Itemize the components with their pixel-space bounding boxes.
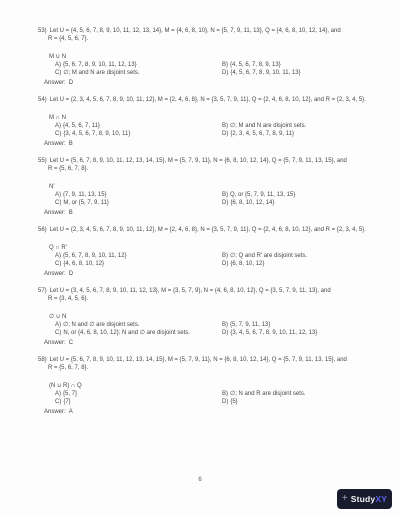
answer-line: Answer:C: [44, 339, 392, 347]
option-a-text: {4, 5, 6, 7, 11}: [63, 123, 100, 129]
option-a-label: A): [55, 391, 61, 397]
plus-icon: +: [342, 494, 348, 504]
option-d: D){4, 5, 6, 7, 8, 9, 10, 11, 13}: [222, 69, 392, 77]
option-b: B)Q, or {5, 7, 9, 11, 13, 15}: [222, 191, 392, 199]
answer-label: Answer:: [44, 340, 66, 346]
options-grid: A){5, 6, 7, 8, 9, 10, 11, 12} B)∅; Q and…: [55, 252, 392, 268]
option-c-label: C): [55, 261, 61, 267]
question-statement-text: Let U = {5, 6, 7, 8, 9, 10, 11, 12, 13, …: [50, 357, 347, 363]
option-d-label: D): [222, 131, 228, 137]
set-expression: Q ∩ R': [49, 244, 392, 252]
option-d: D){5}: [222, 398, 392, 406]
question-statement-line-1: 54)Let U = {2, 3, 4, 5, 6, 7, 8, 9, 10, …: [38, 96, 392, 104]
answer-value: D: [69, 80, 73, 86]
option-b-label: B): [222, 253, 228, 259]
option-a-text: {7, 9, 11, 13, 15}: [63, 192, 107, 198]
question-number: 57): [38, 288, 47, 294]
option-b: B)∅; Q and R' are disjoint sets.: [222, 252, 392, 260]
question-number: 58): [38, 357, 47, 363]
option-d-text: {6, 8, 10, 12, 14}: [230, 200, 274, 206]
option-b: B)∅; N and R are disjoint sets.: [222, 390, 392, 398]
option-b-label: B): [222, 322, 228, 328]
question-statement-text: Let U = {5, 6, 7, 8, 9, 10, 11, 12, 13, …: [50, 158, 347, 164]
option-b-text: ∅; M and N are disjoint sets.: [230, 123, 306, 129]
option-a: A){4, 5, 6, 7, 11}: [55, 122, 222, 130]
brand-name-primary: Study: [351, 494, 376, 504]
question-block: 53)Let U = {4, 5, 6, 7, 8, 9, 10, 11, 12…: [38, 27, 392, 87]
option-a-text: ∅; N and ∅ are disjoint sets.: [63, 322, 140, 328]
options-grid: A){7, 9, 11, 13, 15} B)Q, or {5, 7, 9, 1…: [55, 191, 392, 207]
option-b-label: B): [222, 62, 228, 68]
option-c-text: N, or {4, 6, 8, 10, 12}; N and ∅ are dis…: [63, 330, 190, 336]
option-a-label: A): [55, 123, 61, 129]
option-d-label: D): [222, 261, 228, 267]
question-statement-text: Let U = {2, 3, 4, 5, 6, 7, 8, 9, 10, 11,…: [50, 227, 366, 233]
option-b-text: Q, or {5, 7, 9, 11, 13, 15}: [230, 192, 295, 198]
question-number: 53): [38, 28, 47, 34]
option-c-text: {3, 4, 5, 6, 7, 8, 9, 10, 11}: [63, 131, 130, 137]
answer-line: Answer:B: [44, 209, 392, 217]
option-a: A){5, 6, 7, 8, 9, 10, 11, 12, 13}: [55, 61, 222, 69]
set-expression: M ∪ N: [49, 53, 392, 61]
options-grid: A){5, 6, 7, 8, 9, 10, 11, 12, 13} B){4, …: [55, 61, 392, 77]
option-d-label: D): [222, 200, 228, 206]
question-statement-line-2: R = {3, 4, 5, 6}.: [48, 295, 392, 303]
document-page: 53)Let U = {4, 5, 6, 7, 8, 9, 10, 11, 12…: [0, 0, 400, 518]
question-block: 54)Let U = {2, 3, 4, 5, 6, 7, 8, 9, 10, …: [38, 96, 392, 148]
question-number: 54): [38, 97, 47, 103]
question-block: 57)Let U = {3, 4, 5, 6, 7, 8, 9, 10, 11,…: [38, 287, 392, 347]
option-b-text: {5, 7, 9, 11, 13}: [230, 322, 270, 328]
set-expression: M ∩ N: [49, 114, 392, 122]
set-expression: ∅ ∪ N: [49, 313, 392, 321]
answer-label: Answer:: [44, 141, 66, 147]
option-c-label: C): [55, 131, 61, 137]
option-b-text: ∅; Q and R' are disjoint sets.: [230, 253, 307, 259]
answer-label: Answer:: [44, 271, 66, 277]
question-block: 55)Let U = {5, 6, 7, 8, 9, 10, 11, 12, 1…: [38, 157, 392, 217]
option-b: B){5, 7, 9, 11, 13}: [222, 321, 392, 329]
set-expression: N': [49, 183, 392, 191]
option-a-label: A): [55, 253, 61, 259]
set-expression: (N ∪ R) ∩ Q: [49, 382, 392, 390]
questions-list: 53)Let U = {4, 5, 6, 7, 8, 9, 10, 11, 12…: [0, 0, 400, 416]
option-a-text: {5, 7}: [63, 391, 77, 397]
answer-line: Answer:D: [44, 270, 392, 278]
option-c: C){7}: [55, 398, 222, 406]
answer-value: B: [69, 210, 73, 216]
option-a-text: {5, 6, 7, 8, 9, 10, 11, 12, 13}: [63, 62, 137, 68]
option-c-label: C): [55, 330, 61, 336]
studyxy-logo-badge: + StudyXY: [337, 489, 392, 509]
answer-value: D: [69, 271, 73, 277]
option-d-text: {5}: [230, 399, 237, 405]
option-d-text: {3, 4, 5, 6, 7, 8, 9, 10, 11, 12, 13}: [230, 330, 317, 336]
option-c-text: M, or {5, 7, 9, 11}: [63, 200, 109, 206]
answer-label: Answer:: [44, 210, 66, 216]
answer-line: Answer:A: [44, 408, 392, 416]
options-grid: A){5, 7} B)∅; N and R are disjoint sets.…: [55, 390, 392, 406]
question-statement-line-1: 58)Let U = {5, 6, 7, 8, 9, 10, 11, 12, 1…: [38, 356, 392, 364]
question-statement-line-2: R = {5, 6, 7, 8}.: [48, 364, 392, 372]
option-d-label: D): [222, 399, 228, 405]
option-a-label: A): [55, 192, 61, 198]
option-c-label: C): [55, 70, 61, 76]
answer-label: Answer:: [44, 80, 66, 86]
option-c-label: C): [55, 399, 61, 405]
options-grid: A)∅; N and ∅ are disjoint sets. B){5, 7,…: [55, 321, 392, 337]
option-c-text: ∅; M and N are disjoint sets.: [63, 70, 139, 76]
answer-label: Answer:: [44, 409, 66, 415]
option-a: A)∅; N and ∅ are disjoint sets.: [55, 321, 222, 329]
question-statement-line-2: R = {4, 5, 6, 7}.: [48, 35, 392, 43]
option-a-label: A): [55, 62, 61, 68]
question-statement-line-1: 55)Let U = {5, 6, 7, 8, 9, 10, 11, 12, 1…: [38, 157, 392, 165]
option-c-text: {4, 6, 8, 10, 12}: [63, 261, 104, 267]
option-d-label: D): [222, 330, 228, 336]
brand-name: StudyXY: [351, 494, 387, 504]
answer-line: Answer:D: [44, 79, 392, 87]
option-a: A){7, 9, 11, 13, 15}: [55, 191, 222, 199]
option-a: A){5, 7}: [55, 390, 222, 398]
option-a-text: {5, 6, 7, 8, 9, 10, 11, 12}: [63, 253, 127, 259]
page-number: 6: [0, 476, 400, 484]
options-grid: A){4, 5, 6, 7, 11} B)∅; M and N are disj…: [55, 122, 392, 138]
option-c-text: {7}: [63, 399, 70, 405]
option-b-text: {4, 5, 6, 7, 8, 9, 13}: [230, 62, 281, 68]
option-c: C)N, or {4, 6, 8, 10, 12}; N and ∅ are d…: [55, 329, 222, 337]
option-c: C)M, or {5, 7, 9, 11}: [55, 199, 222, 207]
option-d: D){6, 8, 10, 12, 14}: [222, 199, 392, 207]
question-statement-text: Let U = {3, 4, 5, 6, 7, 8, 9, 10, 11, 12…: [50, 288, 331, 294]
question-statement-line-1: 53)Let U = {4, 5, 6, 7, 8, 9, 10, 11, 12…: [38, 27, 392, 35]
option-b-label: B): [222, 192, 228, 198]
option-b-label: B): [222, 391, 228, 397]
option-c: C){3, 4, 5, 6, 7, 8, 9, 10, 11}: [55, 130, 222, 138]
question-number: 55): [38, 158, 47, 164]
option-c-label: C): [55, 200, 61, 206]
question-number: 56): [38, 227, 47, 233]
option-b-text: ∅; N and R are disjoint sets.: [230, 391, 306, 397]
question-statement-line-1: 57)Let U = {3, 4, 5, 6, 7, 8, 9, 10, 11,…: [38, 287, 392, 295]
answer-value: C: [69, 340, 73, 346]
option-d-text: {6, 8, 10, 12}: [230, 261, 264, 267]
option-d-text: {4, 5, 6, 7, 8, 9, 10, 11, 13}: [230, 70, 300, 76]
option-c: C)∅; M and N are disjoint sets.: [55, 69, 222, 77]
option-d: D){2, 3, 4, 5, 6, 7, 8, 9, 11}: [222, 130, 392, 138]
option-b: B){4, 5, 6, 7, 8, 9, 13}: [222, 61, 392, 69]
option-a-label: A): [55, 322, 61, 328]
question-statement-line-1: 56)Let U = {2, 3, 4, 5, 6, 7, 8, 9, 10, …: [38, 226, 392, 234]
brand-name-accent: XY: [375, 494, 387, 504]
option-a: A){5, 6, 7, 8, 9, 10, 11, 12}: [55, 252, 222, 260]
answer-line: Answer:B: [44, 140, 392, 148]
option-b-label: B): [222, 123, 228, 129]
option-c: C){4, 6, 8, 10, 12}: [55, 260, 222, 268]
question-statement-line-2: R = {5, 6, 7, 8}.: [48, 165, 392, 173]
answer-value: B: [69, 141, 73, 147]
question-statement-text: Let U = {4, 5, 6, 7, 8, 9, 10, 11, 12, 1…: [50, 28, 341, 34]
question-statement-text: Let U = {2, 3, 4, 5, 6, 7, 8, 9, 10, 11,…: [50, 97, 366, 103]
option-b: B)∅; M and N are disjoint sets.: [222, 122, 392, 130]
answer-value: A: [69, 409, 73, 415]
option-d: D){3, 4, 5, 6, 7, 8, 9, 10, 11, 12, 13}: [222, 329, 392, 337]
option-d-label: D): [222, 70, 228, 76]
option-d: D){6, 8, 10, 12}: [222, 260, 392, 268]
question-block: 58)Let U = {5, 6, 7, 8, 9, 10, 11, 12, 1…: [38, 356, 392, 416]
option-d-text: {2, 3, 4, 5, 6, 7, 8, 9, 11}: [230, 131, 294, 137]
question-block: 56)Let U = {2, 3, 4, 5, 6, 7, 8, 9, 10, …: [38, 226, 392, 278]
